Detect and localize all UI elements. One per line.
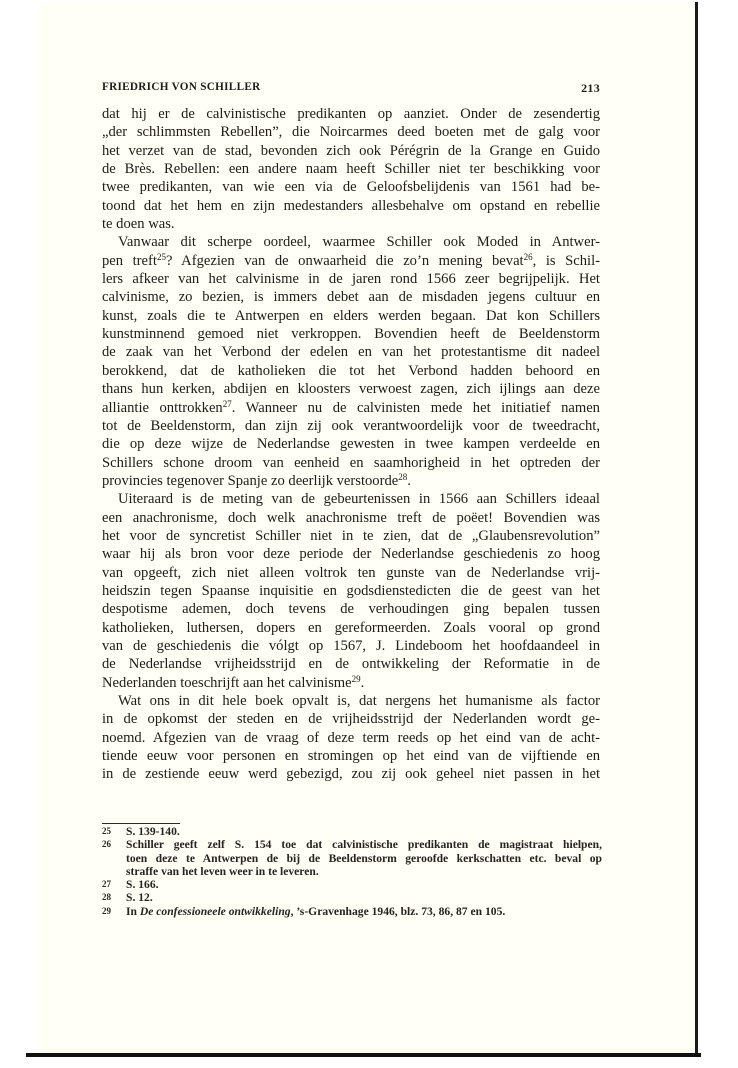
footnote-text: S. 12.	[126, 891, 602, 904]
text-line: van de geschiedenis die vólgt op 1567, J…	[102, 637, 600, 655]
footnote-number: 28	[102, 891, 126, 904]
footnote: 25S. 139-140.	[102, 825, 602, 838]
footnote-text: S. 139-140.	[126, 825, 602, 838]
footnote-reference: 25	[157, 252, 166, 262]
text-line: een anachronisme, doch welk anachronisme…	[102, 509, 600, 527]
text-line: berokkend, dat de katholieken die tot he…	[102, 362, 600, 380]
paragraph: Wat ons in dit hele boek opvalt is, dat …	[102, 692, 600, 784]
text-line: alliantie onttrokken27. Wanneer nu de ca…	[102, 399, 600, 417]
footnote: 27S. 166.	[102, 878, 602, 891]
footnote-text: Schiller geeft zelf S. 154 toe dat calvi…	[126, 838, 602, 878]
book-title: De confessioneele ontwikkeling	[140, 905, 291, 918]
footnote: 28S. 12.	[102, 891, 602, 904]
text-line: kunst, zoals die te Antwerpen en elders …	[102, 307, 600, 325]
text-line: Wat ons in dit hele boek opvalt is, dat …	[102, 692, 600, 710]
text-line: Uiteraard is de meting van de gebeurteni…	[102, 490, 600, 508]
footnote-number: 27	[102, 878, 126, 891]
text-line: dat hij er de calvinistische predikanten…	[102, 105, 600, 123]
text-line: lers afkeer van het calvinisme in de jar…	[102, 270, 600, 288]
text-line: in de zestiende eeuw werd gebezigd, zou …	[102, 765, 600, 783]
footnote-number: 26	[102, 838, 126, 878]
text-line: Vanwaar dit scherpe oordeel, waarmee Sch…	[102, 233, 600, 251]
footnote-text: In De confessioneele ontwikkeling, ’s-Gr…	[126, 905, 602, 918]
text-line: in de opkomst der steden en de vrijheids…	[102, 710, 600, 728]
running-head-title: FRIEDRICH VON SCHILLER	[102, 81, 260, 96]
text-line: toond dat het hem en zijn medestanders a…	[102, 197, 600, 215]
footnote-reference: 28	[398, 472, 407, 482]
footnote-reference: 26	[524, 252, 533, 262]
text-line: het verzet van de stad, bevonden zich oo…	[102, 142, 600, 160]
text-line: van opgeeft, zich niet alleen voltrok te…	[102, 564, 600, 582]
text-line: provincies tegenover Spanje zo deerlijk …	[102, 472, 600, 490]
footnote-reference: 27	[223, 399, 232, 409]
text-line: de Nederlandse vrijheidsstrijd en de ont…	[102, 655, 600, 673]
text-line: „der schlimmsten Rebellen”, die Noircarm…	[102, 123, 600, 141]
page-number: 213	[581, 81, 600, 96]
text-line: noemd. Afgezien van de vraag of deze ter…	[102, 729, 600, 747]
text-line: Schillers schone droom van eenheid en sa…	[102, 454, 600, 472]
text-line: tot de Beeldenstorm, dan zijn zij ook ve…	[102, 417, 600, 435]
text-line: te doen was.	[102, 215, 600, 233]
footnote-number: 29	[102, 905, 126, 918]
text-line: waar hij als bron voor deze periode der …	[102, 545, 600, 563]
footnote: 29In De confessioneele ontwikkeling, ’s-…	[102, 905, 602, 918]
text-line: Nederlanden toeschrijft aan het calvinis…	[102, 674, 600, 692]
text-line: pen treft25? Afgezien van de onwaarheid …	[102, 252, 600, 270]
text-line: tiende eeuw voor personen en stromingen …	[102, 747, 600, 765]
text-line: de zaak van het Verbond der edelen en va…	[102, 343, 600, 361]
body-text: dat hij er de calvinistische predikanten…	[102, 105, 600, 784]
page-bottom-edge	[26, 1053, 701, 1057]
text-line: calvinisme, zo bezien, is immers debet a…	[102, 288, 600, 306]
paragraph: dat hij er de calvinistische predikanten…	[102, 105, 600, 233]
running-head: FRIEDRICH VON SCHILLER 213	[102, 81, 600, 96]
footnote: 26Schiller geeft zelf S. 154 toe dat cal…	[102, 838, 602, 878]
footnote-number: 25	[102, 825, 126, 838]
text-line: het voor de syncretist Schiller niet in …	[102, 527, 600, 545]
footnotes: 25S. 139-140.26Schiller geeft zelf S. 15…	[102, 825, 602, 918]
text-line: de Brès. Rebellen: een andere naam heeft…	[102, 160, 600, 178]
text-line: thans hun kerken, abdijen en kloosters v…	[102, 380, 600, 398]
text-line: die op deze wijze de Nederlandse geweste…	[102, 435, 600, 453]
footnote-text: S. 166.	[126, 878, 602, 891]
paragraph: Uiteraard is de meting van de gebeurteni…	[102, 490, 600, 692]
paragraph: Vanwaar dit scherpe oordeel, waarmee Sch…	[102, 233, 600, 490]
footnote-rule	[102, 823, 180, 824]
text-line: twee predikanten, van wie een via de Gel…	[102, 178, 600, 196]
text-line: heidszin tegen Spaanse inquisitie en god…	[102, 582, 600, 600]
footnote-reference: 29	[352, 674, 361, 684]
text-line: katholieken, luthersen, dopers en gerefo…	[102, 619, 600, 637]
text-line: despotisme ademen, doch tevens de verhou…	[102, 600, 600, 618]
text-line: kunstminnend gemoed niet verkroppen. Bov…	[102, 325, 600, 343]
